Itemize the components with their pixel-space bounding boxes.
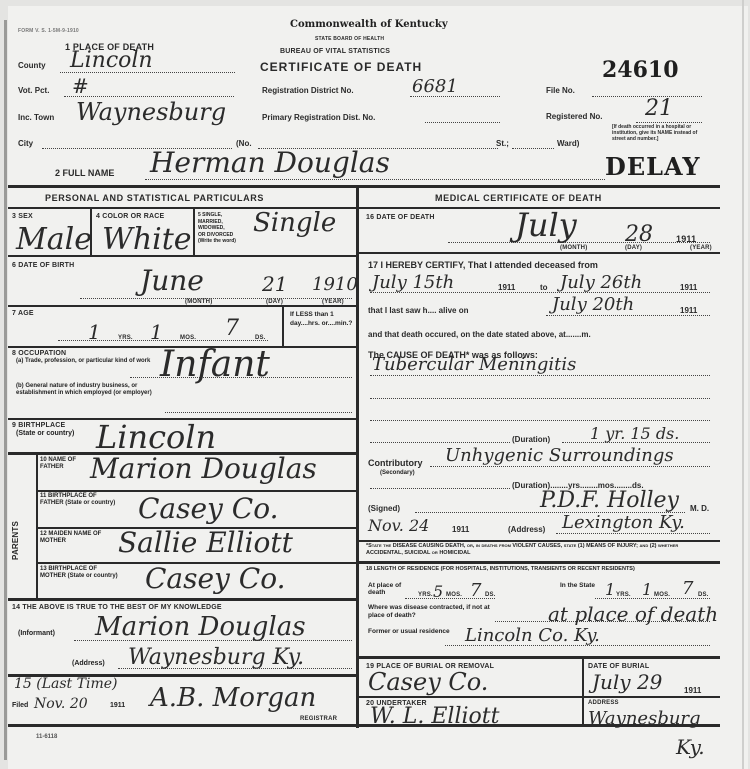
- county-value: Lincoln: [70, 48, 153, 73]
- vot-pct-value: #: [72, 74, 89, 98]
- at-place-days: 7: [470, 580, 481, 601]
- informant-value: Marion Douglas: [95, 612, 306, 642]
- contracted-value: at place of death: [548, 602, 718, 626]
- at-place-months: 5: [433, 582, 443, 601]
- dod-day: 28: [625, 222, 653, 247]
- age-label: 7 AGE: [12, 310, 34, 317]
- at-place-yrs-caption: yrs.: [418, 592, 433, 598]
- race-value: White: [102, 222, 192, 257]
- dod-year: 1911: [676, 234, 696, 244]
- contributory-caption: (Secondary): [380, 470, 415, 476]
- age-days: 7: [225, 316, 239, 341]
- undertaker-address-state: Ky.: [676, 735, 705, 759]
- undertaker-value: W. L. Elliott: [370, 704, 499, 729]
- yrs-caption: yrs.: [118, 335, 133, 341]
- commonwealth-title: Commonwealth of Kentucky: [290, 19, 448, 30]
- primary-registration-label: Primary Registration Dist. No.: [262, 113, 375, 122]
- certificate-title: CERTIFICATE OF DEATH: [260, 60, 422, 74]
- ds-caption: ds.: [255, 335, 266, 341]
- father-name-label: 10 NAME OF FATHER: [40, 457, 90, 471]
- in-state-yrs-caption: yrs.: [616, 592, 631, 598]
- in-state-years: 1: [605, 580, 615, 599]
- in-state-days: 7: [682, 578, 693, 599]
- dod-month-caption: (Month): [560, 245, 587, 251]
- former-residence-label: Former or usual residence: [368, 628, 468, 636]
- certify-text: 17 I HEREBY CERTIFY, That I attended dec…: [368, 260, 598, 270]
- mother-maiden-value: Sallie Elliott: [118, 526, 293, 559]
- father-birthplace-value: Casey Co.: [138, 492, 278, 525]
- header-divider: [8, 185, 720, 188]
- page-edge: [4, 20, 7, 760]
- undertaker-address-label: ADDRESS: [588, 700, 619, 706]
- mos-caption: mos.: [180, 335, 196, 341]
- contracted-label: Where was disease contracted, if not at …: [368, 604, 508, 620]
- date-of-death-label: 16 DATE OF DEATH: [366, 214, 435, 221]
- contributory-value: Unhygenic Surroundings: [445, 445, 674, 466]
- registrar-signature: A.B. Morgan: [150, 683, 316, 713]
- in-state-label: In the State: [560, 582, 600, 589]
- city-label: City: [18, 139, 33, 148]
- burial-year: 1911: [684, 686, 701, 695]
- doctor-address-label: (Address): [508, 525, 545, 534]
- death-occurred-text: and that death occured, on the date stat…: [368, 330, 591, 339]
- inc-town-label: Inc. Town: [18, 113, 54, 122]
- doctor-address-value: Lexington Ky.: [562, 512, 685, 533]
- occupation-value: Infant: [160, 344, 270, 385]
- marital-label: 5 SINGLE, MARRIED, WIDOWED, OR DIVORCED …: [198, 212, 236, 245]
- vot-pct-label: Vot. Pct.: [18, 86, 49, 95]
- to-label: to: [540, 283, 548, 292]
- form-code: 11-6118: [36, 734, 57, 740]
- birthplace-value: Lincoln: [96, 418, 216, 456]
- attended-to: July 26th: [560, 272, 642, 293]
- registration-district-label: Registration District No.: [262, 86, 354, 95]
- dod-year-caption: (Year): [690, 245, 712, 251]
- informant-address-label: (Address): [72, 660, 105, 667]
- duration-value: 1 yr. 15 ds.: [590, 424, 679, 443]
- at-place-label: At place of death: [368, 582, 408, 596]
- registration-district-value: 6681: [412, 76, 458, 97]
- at-place-ds-caption: ds.: [485, 592, 496, 598]
- street-label: St.;: [496, 139, 509, 148]
- md-label: M. D.: [690, 504, 709, 513]
- duration-label: (Duration): [512, 435, 550, 444]
- last-saw-text: that I last saw h.... alive on: [368, 306, 468, 315]
- board-label: STATE BOARD OF HEALTH: [315, 36, 384, 42]
- in-state-months: 1: [642, 580, 652, 599]
- center-divider: [356, 188, 359, 728]
- file-number-stamp: 24610: [602, 57, 679, 83]
- registrar-label: REGISTRAR: [300, 716, 337, 722]
- dob-month: June: [140, 264, 204, 297]
- father-birthplace-label: 11 BIRTHPLACE OF FATHER (State or countr…: [40, 493, 120, 507]
- contributory-label: Contributory: [368, 458, 423, 468]
- signed-value: P.D.F. Holley: [540, 488, 679, 513]
- dob-day: 21: [262, 272, 287, 296]
- age-months: 1: [150, 320, 163, 344]
- marital-status-value: Single: [253, 208, 336, 238]
- signed-date: Nov. 24: [368, 516, 429, 535]
- attended-from: July 15th: [372, 272, 454, 293]
- former-residence-value: Lincoln Co. Ky.: [465, 625, 600, 646]
- true-statement: 14 THE ABOVE IS TRUE TO THE BEST OF MY K…: [12, 604, 222, 611]
- filed-note: 15 (Last Time): [14, 676, 117, 692]
- informant-address-value: Waynesburg Ky.: [128, 645, 304, 670]
- medical-section-title: MEDICAL CERTIFICATE OF DEATH: [435, 193, 602, 203]
- bureau-label: BUREAU OF VITAL STATISTICS: [280, 48, 390, 55]
- registered-no-value: 21: [645, 96, 673, 121]
- father-name-value: Marion Douglas: [90, 452, 317, 485]
- county-label: County: [18, 61, 46, 70]
- birthplace-label: 9 BIRTHPLACE: [12, 422, 65, 429]
- personal-section-title: PERSONAL AND STATISTICAL PARTICULARS: [45, 193, 264, 203]
- burial-date-label: DATE OF BURIAL: [588, 663, 649, 670]
- sex-value: Male: [16, 222, 92, 257]
- last-saw-value: July 20th: [552, 294, 634, 315]
- filed-label: Filed: [12, 702, 28, 709]
- inc-town-value: Waynesburg: [76, 98, 226, 126]
- age-years: 1: [88, 320, 101, 344]
- in-state-mos-caption: mos.: [654, 592, 670, 598]
- dod-day-caption: (Day): [625, 245, 642, 251]
- occupation-a-label: (a) Trade, profession, or particular kin…: [16, 358, 166, 365]
- signed-label: (Signed): [368, 504, 400, 513]
- undertaker-address-value: Waynesburg: [588, 708, 701, 729]
- attended-to-year: 1911: [680, 283, 697, 292]
- sex-label: 3 SEX: [12, 213, 33, 220]
- hospital-note: [If death occurred in a hospital or inst…: [612, 124, 704, 142]
- last-saw-year: 1911: [680, 306, 697, 315]
- cause-footnote: *State the DISEASE CAUSING DEATH, or, in…: [366, 543, 716, 557]
- occupation-b-label: (b) General nature of industry business,…: [16, 383, 166, 397]
- attended-from-year: 1911: [498, 283, 515, 292]
- dob-label: 6 DATE OF BIRTH: [12, 262, 74, 269]
- residence-label: 18 LENGTH OF RESIDENCE (FOR HOSPITALS, I…: [366, 566, 716, 573]
- mother-maiden-label: 12 MAIDEN NAME OF MOTHER: [40, 531, 120, 545]
- ward-label: Ward): [557, 139, 579, 148]
- burial-place-value: Casey Co.: [368, 668, 488, 696]
- dod-month: July: [515, 206, 577, 244]
- cause-value: Tubercular Meningitis: [372, 354, 576, 375]
- burial-date-value: July 29: [592, 670, 662, 694]
- race-label: 4 COLOR OR RACE: [96, 213, 164, 220]
- mother-birthplace-label: 13 BIRTHPLACE OF MOTHER (State or countr…: [40, 566, 120, 580]
- signed-year: 1911: [452, 525, 469, 534]
- birthplace-caption: (State or country): [16, 430, 74, 437]
- less-than-day-label: If LESS than 1 day....hrs. or....min.?: [290, 310, 354, 328]
- occupation-label: 8 OCCUPATION: [12, 350, 66, 357]
- registered-no-label: Registered No.: [546, 112, 602, 121]
- informant-label: (Informant): [18, 630, 55, 637]
- delay-stamp: DELAY: [605, 152, 701, 181]
- filed-year: 1911: [110, 702, 125, 709]
- in-state-ds-caption: ds.: [698, 592, 709, 598]
- form-number: FORM V. S. 1-5M-9-1910: [18, 28, 79, 34]
- at-place-mos-caption: mos.: [446, 592, 462, 598]
- dob-year: 1910: [312, 274, 358, 295]
- file-no-label: File No.: [546, 86, 575, 95]
- mother-birthplace-value: Casey Co.: [145, 562, 285, 595]
- full-name-value: Herman Douglas: [150, 146, 390, 179]
- full-name-label: 2 FULL NAME: [55, 168, 114, 178]
- parents-label: PARENTS: [11, 521, 20, 560]
- filed-date: Nov. 20: [34, 696, 88, 712]
